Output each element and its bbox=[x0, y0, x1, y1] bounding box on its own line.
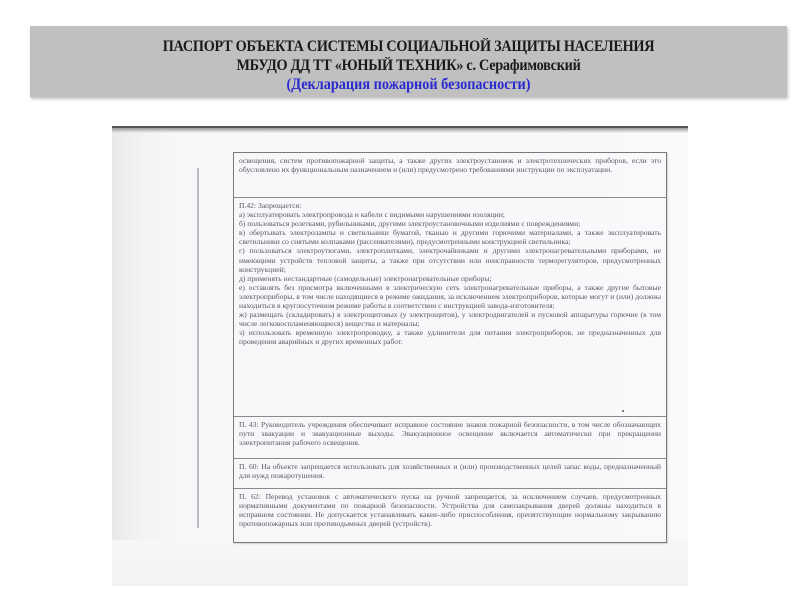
slide-header: ПАСПОРТ ОБЪЕКТА СИСТЕМЫ СОЦИАЛЬНОЙ ЗАЩИТ… bbox=[30, 26, 787, 97]
paragraph-item-g: г) пользоваться электроутюгами, электроп… bbox=[239, 246, 661, 273]
paragraph-item-d: д) применять нестандартные (самодельные)… bbox=[239, 274, 661, 283]
section-p42: П.42: Запрещается: а) эксплуатировать эл… bbox=[234, 197, 666, 417]
paragraph-item-zh: ж) размещать (складировать) в электрощит… bbox=[239, 310, 661, 328]
paragraph-item-a: а) эксплуатировать электропровода и кабе… bbox=[239, 210, 661, 219]
scanned-page-bottom bbox=[112, 540, 688, 586]
paragraph-item-e: е) оставлять без присмотра включенными в… bbox=[239, 283, 661, 310]
section-continuation: освещения, систем противопожарной защиты… bbox=[234, 153, 666, 198]
paragraph: освещения, систем противопожарной защиты… bbox=[239, 156, 661, 174]
header-title-line2: МБУДО ДД ТТ «ЮНЫЙ ТЕХНИК» с. Серафимовск… bbox=[60, 56, 756, 75]
paragraph: П. 62: Перевод установок с автоматическо… bbox=[239, 492, 661, 528]
header-subtitle: (Декларация пожарной безопасности) bbox=[60, 75, 756, 95]
paragraph-heading: П.42: Запрещается: bbox=[239, 201, 661, 210]
paragraph-item-v: в) обертывать электролампы и светильники… bbox=[239, 228, 661, 246]
scan-artifact-dot bbox=[622, 410, 624, 412]
paragraph-item-b: б) пользоваться розетками, рубильниками,… bbox=[239, 219, 661, 228]
header-title-line1: ПАСПОРТ ОБЪЕКТА СИСТЕМЫ СОЦИАЛЬНОЙ ЗАЩИТ… bbox=[60, 38, 756, 56]
section-p43: П. 43: Руководитель учреждения обеспечив… bbox=[234, 416, 666, 459]
paragraph-item-z: з) использовать временную электропроводк… bbox=[239, 328, 661, 346]
document-frame: освещения, систем противопожарной защиты… bbox=[233, 152, 667, 543]
section-p60: П. 60: На объекте запрещается использова… bbox=[234, 458, 666, 489]
section-p62: П. 62: Перевод установок с автоматическо… bbox=[234, 488, 666, 544]
paragraph: П. 60: На объекте запрещается использова… bbox=[239, 462, 661, 480]
paragraph: П. 43: Руководитель учреждения обеспечив… bbox=[239, 420, 661, 447]
page-binding-shadow bbox=[197, 168, 199, 528]
